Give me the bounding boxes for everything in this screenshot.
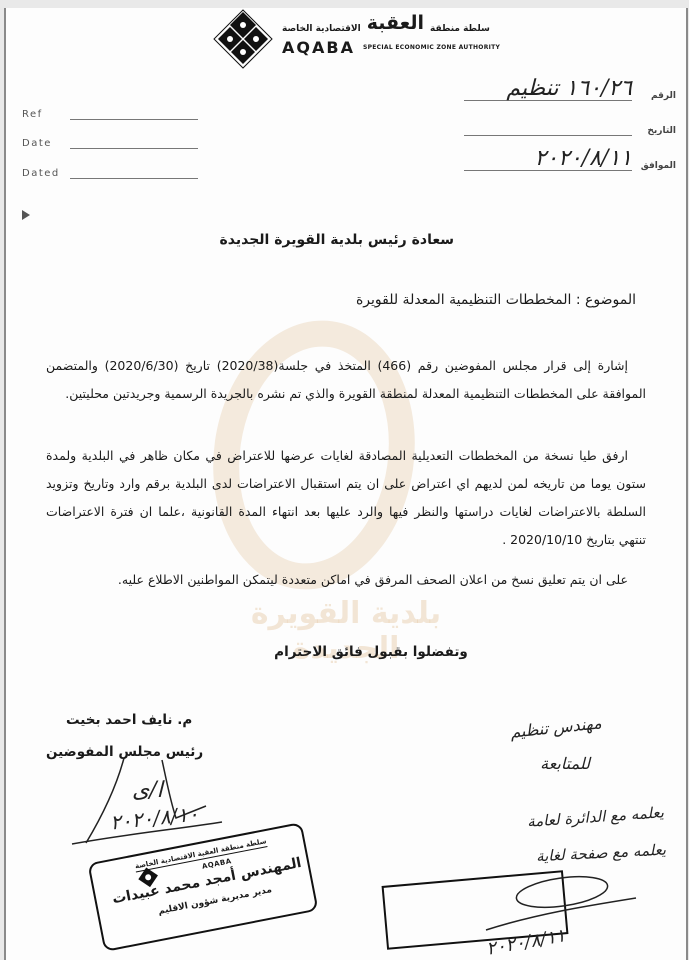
handwritten-initial: ا/ی (132, 778, 163, 803)
hijri-value: ٢٠٢٠/٨/١١ (464, 148, 632, 171)
letterhead-name-ar: العقبة (367, 12, 424, 34)
aqaba-logo-icon (212, 8, 274, 70)
letterhead-prefix: سلطة منطقة (430, 24, 490, 34)
date-field: Date (22, 138, 198, 149)
letterhead-sub-ar: الاقتصادية الخاصة (282, 24, 361, 34)
hijri-field-ar: الموافق ٢٠٢٠/٨/١١ (464, 148, 676, 171)
handwritten-note-3: يعلمه مع الدائرة لعامة (527, 803, 665, 831)
number-value: ١٦٠/٢٦ تنظيم (464, 78, 632, 101)
letterhead-name-en: AQABA (282, 38, 355, 57)
number-field-ar: الرقم ١٦٠/٢٦ تنظيم (464, 78, 676, 101)
dated-field: Dated (22, 168, 198, 179)
ref-field: Ref (22, 109, 198, 120)
handwritten-note-2: للمتابعة (540, 754, 590, 773)
signer-name: م. نايف احمد بخيت (66, 712, 192, 728)
closing: وتفضلوا بقبول فائق الاحترام (6, 644, 686, 660)
paragraph-3: على ان يتم تعليق نسخ من اعلان الصحف المر… (46, 566, 646, 594)
letterhead-english: AQABA SPECIAL ECONOMIC ZONE AUTHORITY (282, 38, 500, 56)
handwritten-note-1: مهندس تنظيم (510, 713, 603, 741)
letterhead-arabic: سلطة منطقة العقبة الاقتصادية الخاصة (282, 14, 514, 34)
paragraph-1: إشارة إلى قرار مجلس المفوضين رقم (466) ا… (46, 352, 646, 408)
fold-mark-icon (22, 210, 30, 220)
date-value (464, 127, 632, 136)
letterhead-sub-en: SPECIAL ECONOMIC ZONE AUTHORITY (363, 44, 500, 51)
subject: الموضوع : المخططات التنظيمية المعدلة للق… (356, 292, 636, 308)
date-field-ar: التاريخ (464, 126, 676, 136)
letter-page: بلدية القويرة الجديدة سلطة منطقة العقبة … (4, 8, 688, 960)
addressee: سعادة رئيس بلدية القويرة الجديدة (220, 232, 454, 248)
paragraph-2: ارفق طيا نسخة من المخططات التعديلية المص… (46, 442, 646, 554)
handwritten-note-4: يعلمه مع صفحة لغاية (536, 841, 667, 866)
